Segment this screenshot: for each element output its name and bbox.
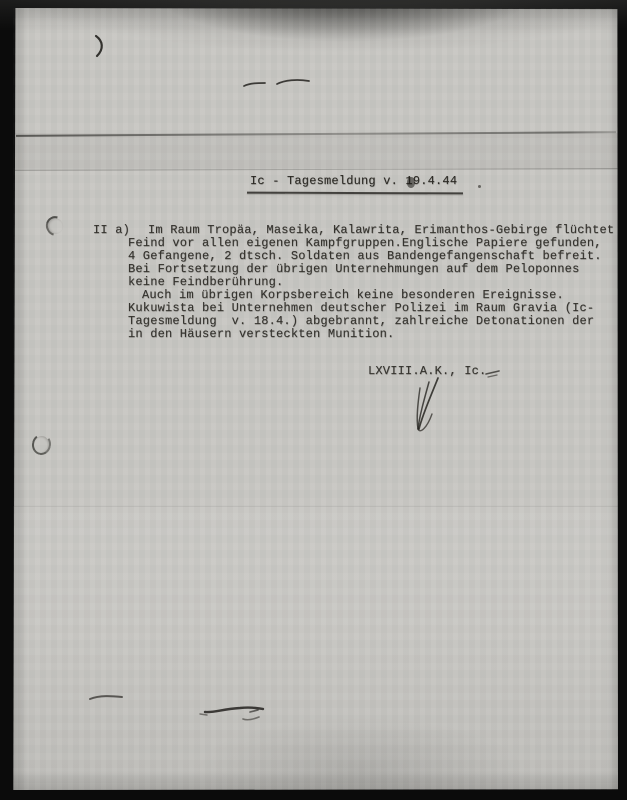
document-page	[13, 8, 618, 790]
signature-unit-line: LXVIII.A.K., Ic.	[368, 365, 486, 378]
scan-frame: Ic - Tagesmeldung v. 19.4.44 II a) Im Ra…	[0, 0, 627, 800]
ink-blob-overtype	[407, 177, 415, 188]
document-title: Ic - Tagesmeldung v. 19.4.44	[250, 175, 457, 188]
ink-dot	[478, 185, 481, 188]
text-line: in den Häusern versteckten Munition.	[128, 328, 394, 341]
section-label: II a)	[93, 224, 130, 237]
